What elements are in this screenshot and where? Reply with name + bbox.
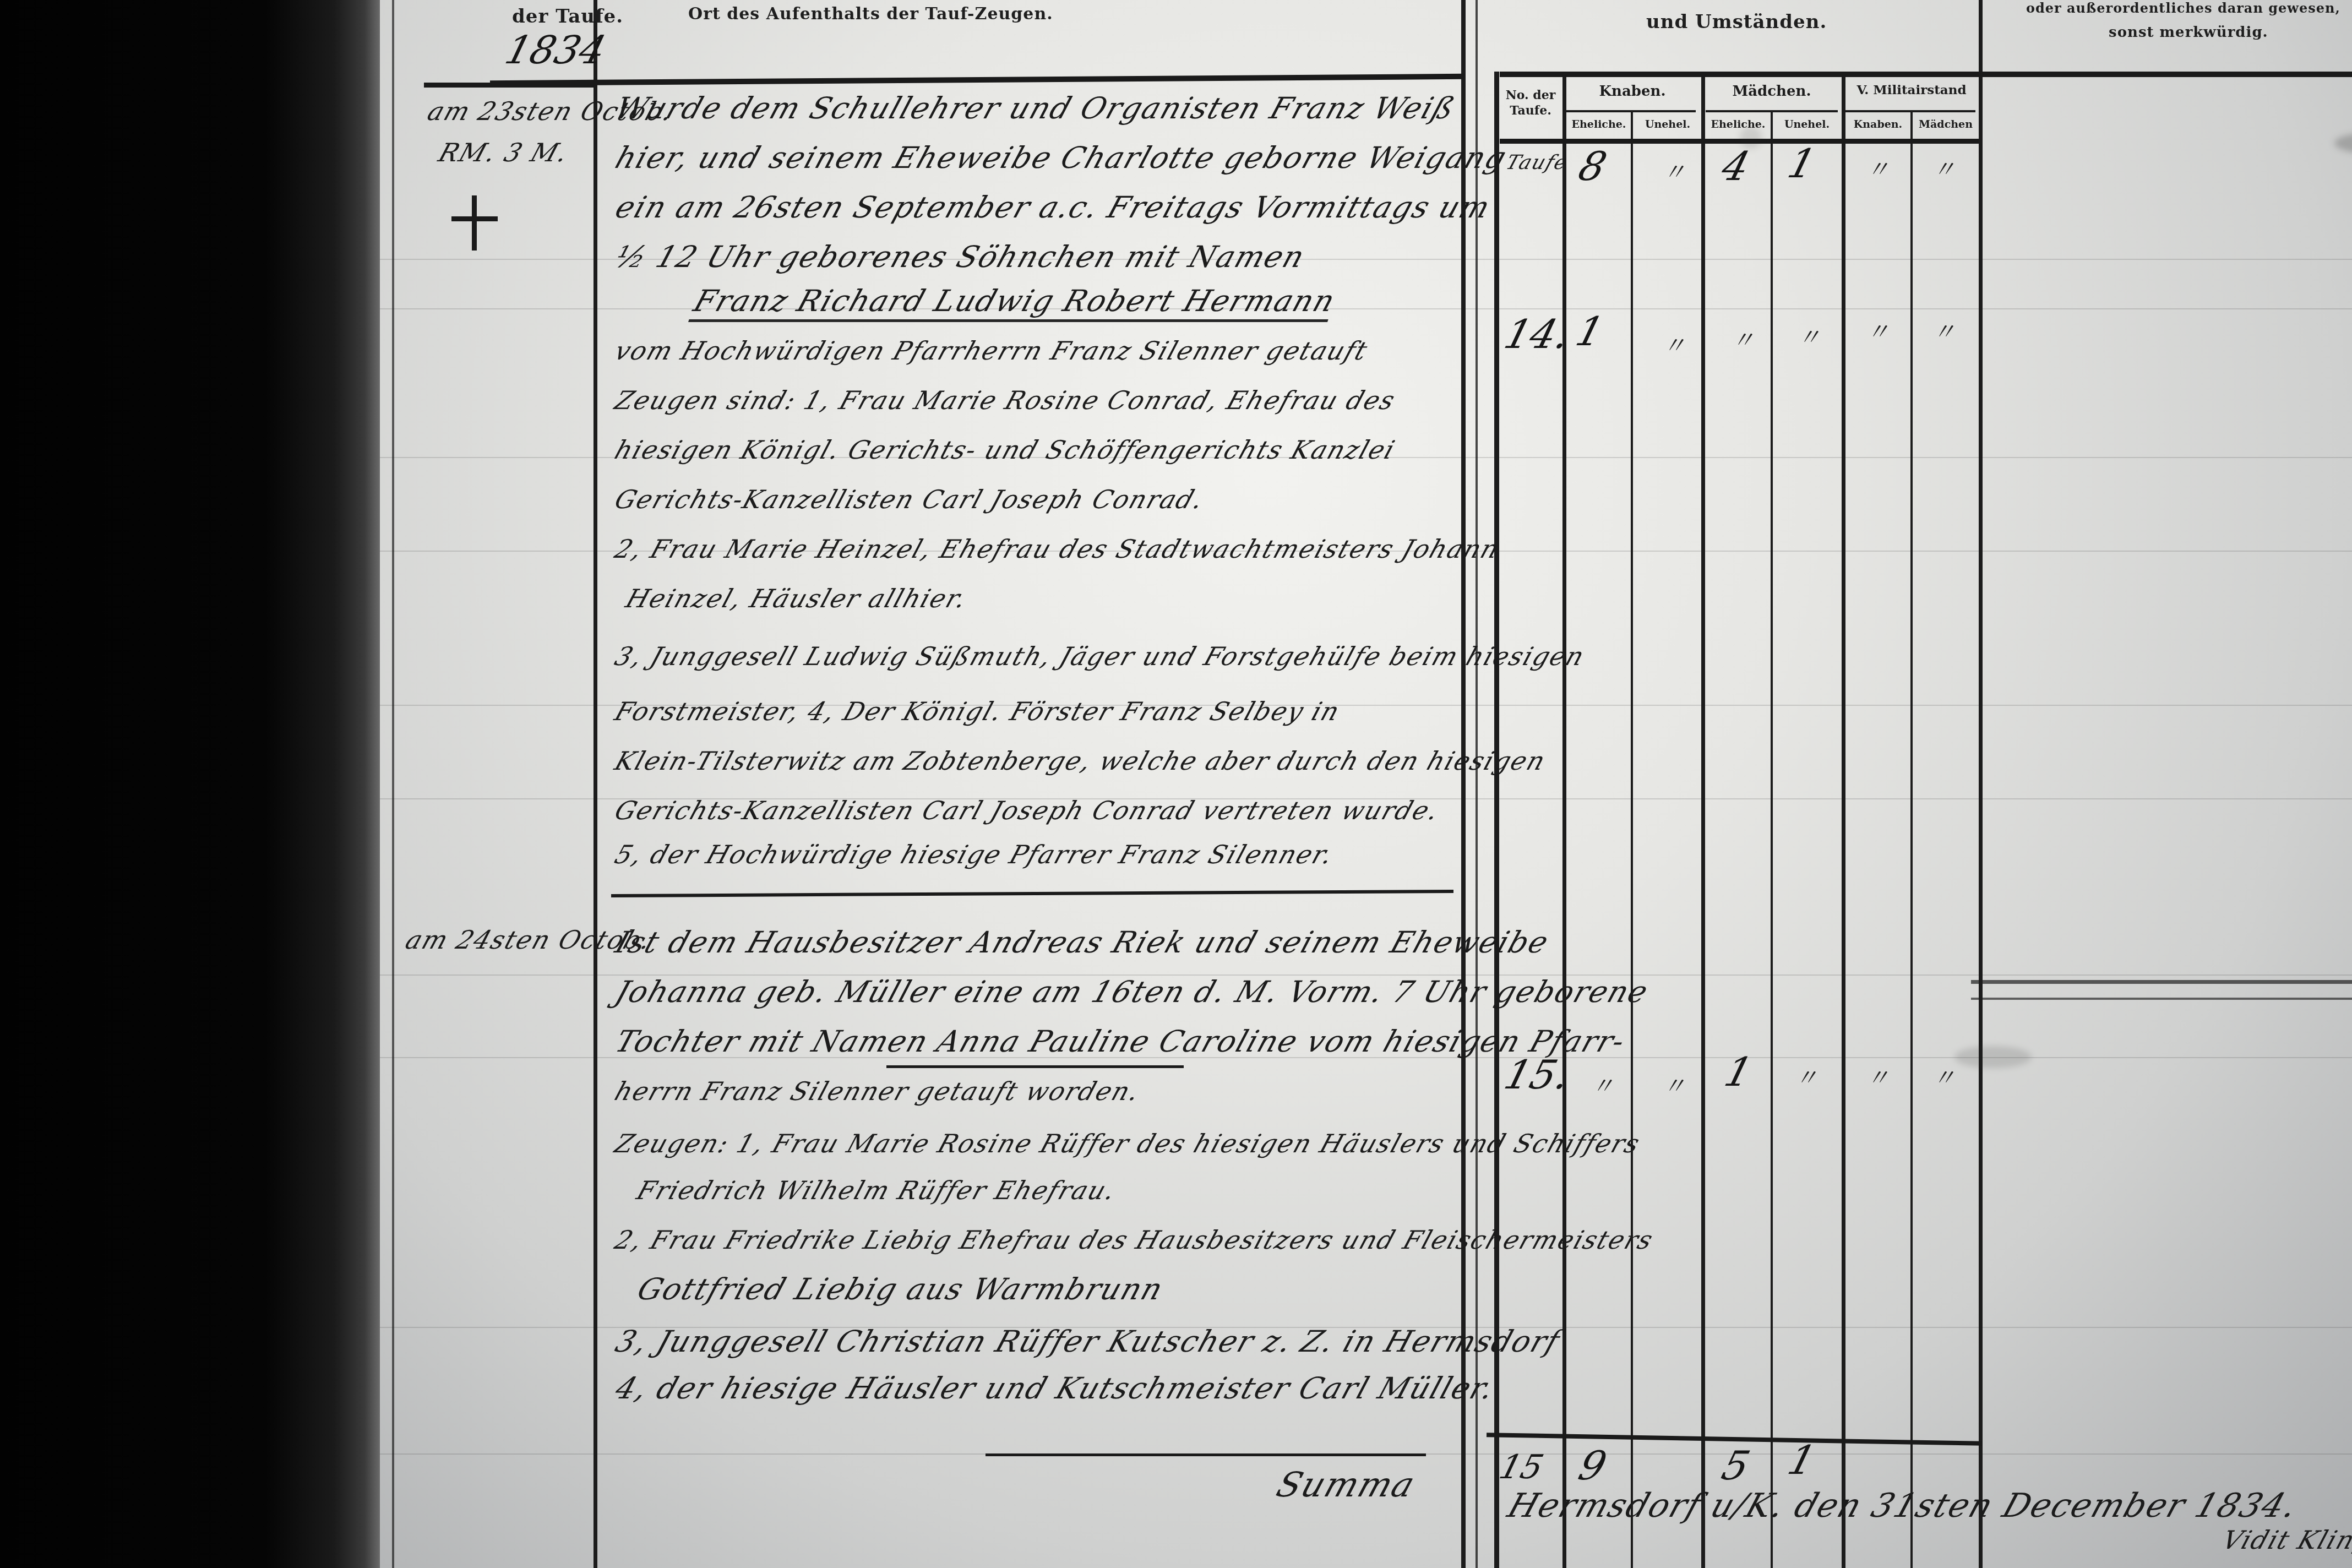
col-mil-maedchen: Mädchen	[1914, 118, 1978, 132]
entry2-line: Zeugen: 1, Frau Marie Rosine Rüffer des …	[611, 1129, 1645, 1158]
col-knaben-unehel: Unehel.	[1635, 118, 1700, 132]
entry1-line: Forstmeister, 4, Der Königl. Förster Fra…	[611, 696, 1344, 726]
stat-maedchen-unehel: 〃	[1798, 319, 1821, 352]
stat-knaben-unehel: 〃	[1663, 1068, 1686, 1101]
entry2-line: 2, Frau Friedrike Liebig Ehefrau des Hau…	[611, 1225, 1658, 1255]
col-militairstand: V. Militairstand	[1847, 83, 1977, 99]
entry2-line: 4, der hiesige Häusler und Kutschmeister…	[611, 1371, 1499, 1406]
stat-mil-knaben: 〃	[1866, 314, 1890, 347]
entry1-line: Gerichts-Kanzellisten Carl Joseph Conrad…	[611, 796, 1444, 825]
header-rule	[490, 74, 1464, 86]
stat-mil-knaben: 〃	[1866, 1060, 1890, 1093]
entry1-line: Zeugen sind: 1, Frau Marie Rosine Conrad…	[611, 385, 1400, 415]
stat-no: 14.	[1500, 311, 1575, 357]
summa-label: Summa	[1272, 1464, 1421, 1505]
summary-knaben-ehelich: 9	[1574, 1442, 1611, 1489]
witness-column-header: Ort des Aufenthalts der Tauf-Zeugen.	[688, 4, 1053, 24]
entry1-line: ein am 26sten September a.c. Freitags Vo…	[611, 190, 1495, 225]
col-no-taufe: No. der Taufe.	[1503, 88, 1558, 118]
entry2-line: Ist dem Hausbesitzer Andreas Riek und se…	[611, 925, 1554, 960]
entry1-line: vom Hochwürdigen Pfarrherrn Franz Silenn…	[611, 336, 1372, 366]
stat-maedchen-unehel: 1	[1783, 140, 1821, 187]
entry2-line: Friedrich Wilhelm Rüffer Ehefrau.	[633, 1175, 1120, 1205]
entry1-line: 3, Junggesell Ludwig Süßmuth, Jäger und …	[611, 641, 1589, 671]
entry1-line: 5, der Hochwürdige hiesige Pfarrer Franz…	[611, 840, 1337, 869]
stat-knaben-unehel: 〃	[1663, 154, 1686, 187]
remarks-header-line2: sonst merkwürdig.	[2109, 24, 2268, 41]
stat-maedchen-ehelich: 〃	[1732, 322, 1755, 355]
register-page: der Taufe. Ort des Aufenthalts der Tauf-…	[380, 0, 2352, 1568]
entry1-child-name: Franz Richard Ludwig Robert Hermann	[688, 284, 1340, 322]
stat-knaben-unehel: 〃	[1663, 328, 1686, 361]
entry1-date-note: RM. 3 M.	[435, 138, 573, 167]
stat-knaben-ehelich: 1	[1571, 308, 1609, 355]
entry2-line: Gottfried Liebig aus Warmbrunn	[633, 1272, 1168, 1306]
stat-mil-maedchen: 〃	[1932, 314, 1956, 347]
col-maedchen-ehelich: Eheliche.	[1707, 118, 1770, 132]
summary-maedchen-unehel: 1	[1783, 1437, 1821, 1483]
child-name-underline	[886, 1065, 1184, 1068]
col-knaben-ehelich: Eheliche.	[1568, 118, 1630, 132]
stat-no: 15.	[1500, 1052, 1575, 1098]
book-gutter-shadow	[0, 0, 380, 1568]
stat-mil-maedchen: 〃	[1932, 1060, 1956, 1093]
col-maedchen: Mädchen.	[1707, 83, 1837, 101]
circumstances-header: und Umständen.	[1646, 11, 1827, 33]
entry1-line: hiesigen Königl. Gerichts- und Schöffeng…	[611, 435, 1400, 465]
entry1-line: hier, und seinem Eheweibe Charlotte gebo…	[611, 140, 1511, 175]
entry-separator	[611, 890, 1453, 897]
col-knaben: Knaben.	[1569, 83, 1696, 101]
entry2-line: 3, Junggesell Christian Rüffer Kutscher …	[611, 1324, 1565, 1359]
summary-maedchen-ehelich: 5	[1717, 1442, 1755, 1489]
entry1-line: Heinzel, Häusler allhier.	[622, 584, 971, 613]
stat-mil-knaben: 〃	[1866, 151, 1890, 184]
entry1-line: Wurde dem Schullehrer und Organisten Fra…	[611, 91, 1460, 126]
entry1-line: Gerichts-Kanzellisten Carl Joseph Conrad…	[611, 484, 1208, 514]
death-cross-icon	[451, 195, 498, 251]
entry1-line: 2, Frau Marie Heinzel, Ehefrau des Stadt…	[611, 534, 1504, 564]
col-maedchen-unehel: Unehel.	[1774, 118, 1840, 132]
pastor-signature: Vidit Klinger Pf.	[2219, 1525, 2352, 1555]
stat-knaben-ehelich: 8	[1574, 143, 1611, 189]
date-column-border	[594, 0, 597, 1568]
register-year: 1834	[500, 28, 611, 73]
entry2-line: Tochter mit Namen Anna Pauline Caroline …	[611, 1024, 1630, 1059]
stat-maedchen-ehelich: 1	[1720, 1049, 1757, 1095]
entry2-line: Johanna geb. Müller eine am 16ten d. M. …	[611, 974, 1653, 1009]
stat-maedchen-unehel: 〃	[1795, 1060, 1818, 1093]
stat-no: Taufe	[1503, 151, 1571, 174]
closing-place-date: Hermsdorf u/K. den 31sten December 1834.	[1503, 1487, 2302, 1525]
remarks-header-line1: oder außerordentliches daran gewesen,	[2026, 0, 2340, 16]
entry1-line: ½ 12 Uhr geborenes Söhnchen mit Namen	[611, 239, 1310, 274]
entry1-line: Klein-Tilsterwitz am Zobtenberge, welche…	[611, 746, 1550, 776]
stat-mil-maedchen: 〃	[1932, 151, 1956, 184]
col-mil-knaben: Knaben.	[1847, 118, 1909, 132]
stat-maedchen-ehelich: 4	[1717, 143, 1755, 189]
entry2-line: herrn Franz Silenner getauft worden.	[611, 1076, 1144, 1106]
stat-knaben-ehelich: 〃	[1591, 1068, 1614, 1101]
date-column-header: der Taufe.	[512, 6, 623, 28]
